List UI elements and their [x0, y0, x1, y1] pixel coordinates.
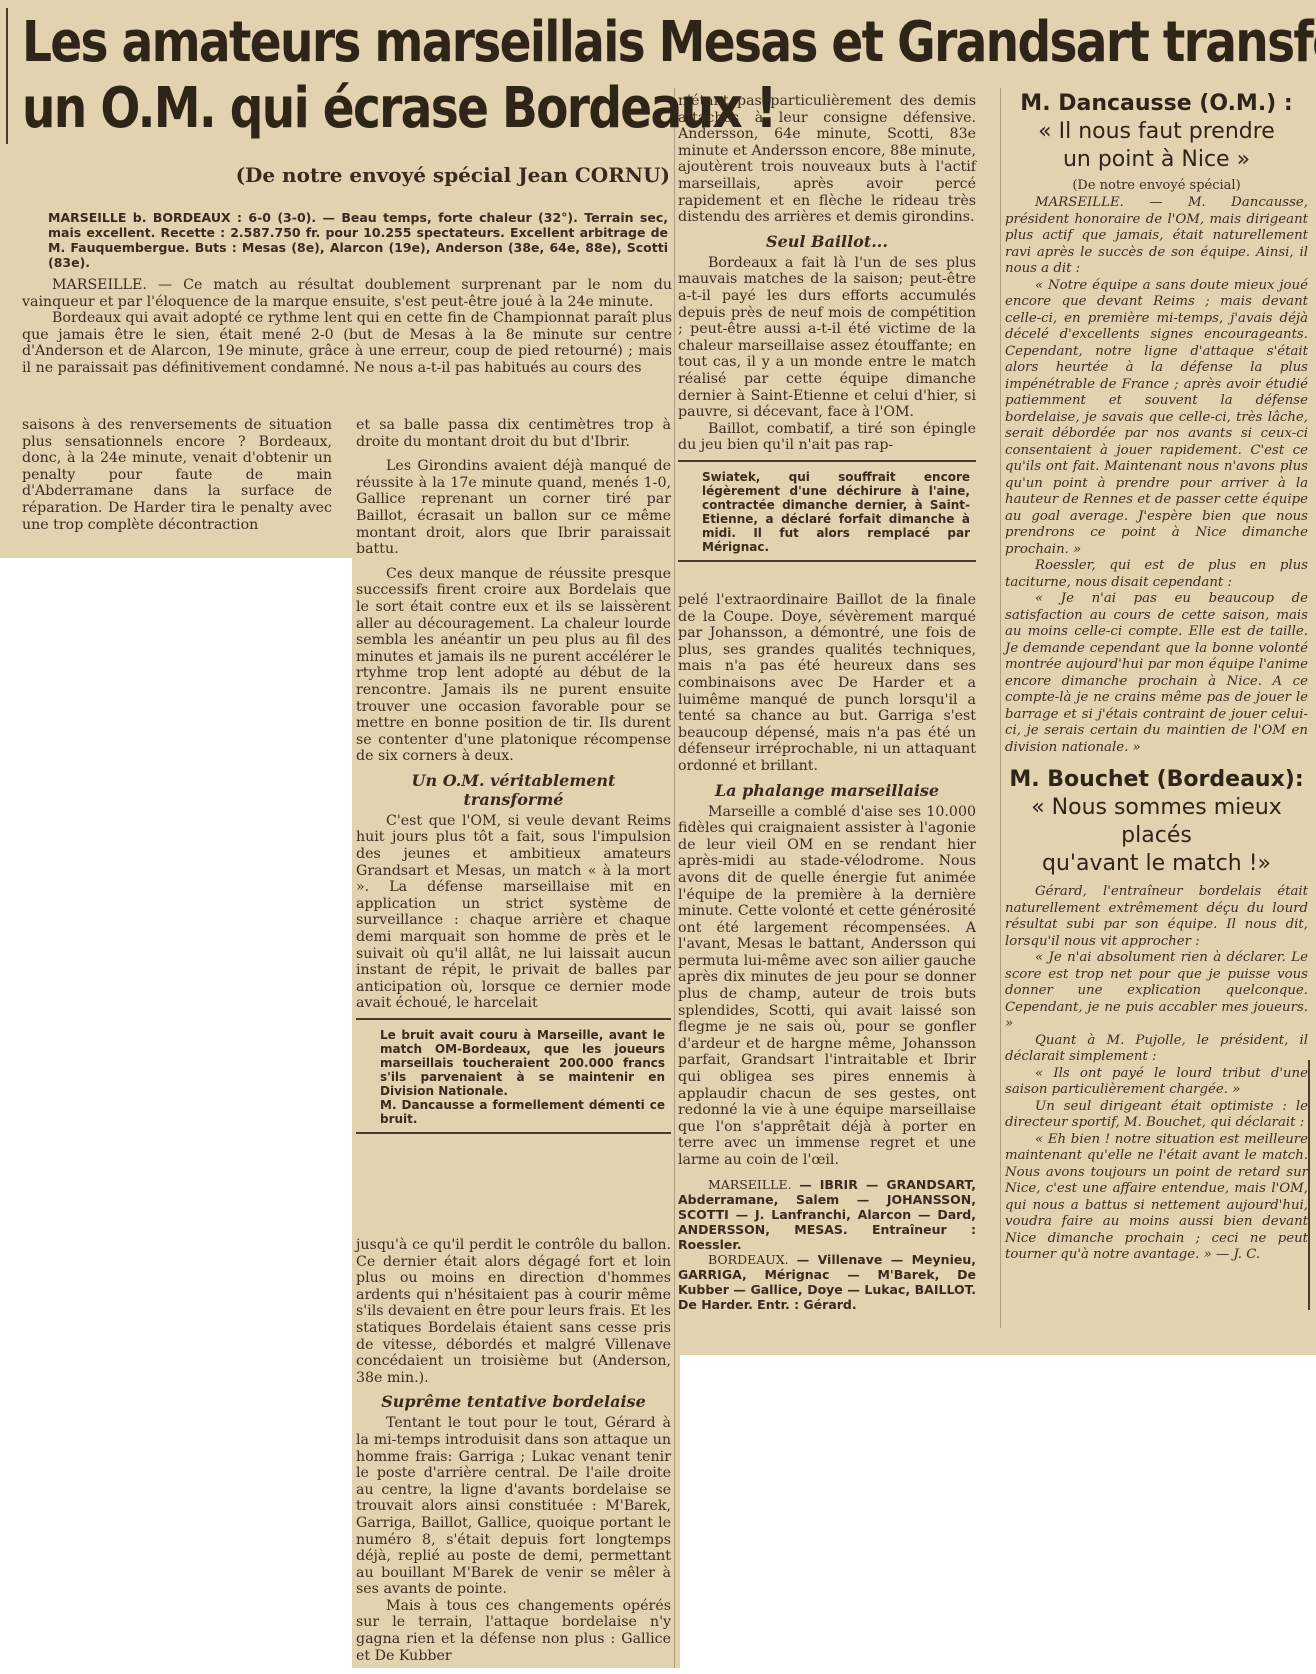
article-lead: MARSEILLE. — Ce match au résultat double… — [22, 277, 672, 377]
lineup-bordeaux: BORDEAUX. — Villenave — Meynieu, GARRIGA… — [678, 1252, 976, 1312]
lead-paragraph: MARSEILLE. — Ce match au résultat double… — [22, 277, 672, 310]
body-paragraph: Les Girondins avaient déjà manqué de réu… — [356, 458, 671, 558]
article-column-right-continued: pelé l'extraordinaire Baillot de la fina… — [678, 592, 976, 1312]
swiatek-box: Swiatek, qui souffrait encore légèrement… — [678, 460, 976, 562]
article-column-right: n'étant pas particulièrement des demis a… — [678, 93, 976, 568]
sidebar-byline: (De notre envoyé spécial) — [1005, 178, 1308, 193]
body-paragraph: Marseille a comblé d'aise ses 10.000 fid… — [678, 804, 976, 1169]
interview-paragraph: « Eh bien ! notre situation est meilleur… — [1005, 1132, 1308, 1264]
column-rule — [6, 8, 8, 144]
lead-paragraph: Bordeaux qui avait adopté ce rythme lent… — [22, 310, 672, 376]
pull-quote: un point à Nice » — [1005, 146, 1308, 174]
subheading-line: Un O.M. véritablement — [412, 771, 616, 790]
rumor-denial: M. Dancausse a formellement démenti ce b… — [380, 1098, 665, 1126]
article-column-left: saisons à des renversements de situation… — [22, 417, 332, 533]
headline-line-1: Les amateurs marseillais Mesas et Grands… — [22, 10, 1316, 75]
body-paragraph: jusqu'à ce qu'il perdit le contrôle du b… — [356, 1237, 671, 1386]
article-column-middle-continued: jusqu'à ce qu'il perdit le contrôle du b… — [356, 1237, 671, 1664]
interview-paragraph: Gérard, l'entraîneur bordelais était nat… — [1005, 884, 1308, 950]
interview-paragraph: « Ils ont payé le lourd tribut d'une sai… — [1005, 1066, 1308, 1099]
interview-paragraph: « Je n'ai absolument rien à déclarer. Le… — [1005, 950, 1308, 1033]
body-paragraph: pelé l'extraordinaire Baillot de la fina… — [678, 592, 976, 775]
body-paragraph: Baillot, combatif, a tiré son épingle du… — [678, 421, 976, 454]
lineup-team-label: BORDEAUX. — [708, 1252, 789, 1267]
rumor-box: Le bruit avait couru à Marseille, avant … — [356, 1018, 671, 1134]
interview-paragraph: « Notre équipe a sans doute mieux joué e… — [1005, 278, 1308, 559]
body-paragraph: Ces deux manque de réussite presque succ… — [356, 566, 671, 765]
column-rule — [674, 88, 675, 1668]
pull-quote: « Nous sommes mieux — [1005, 794, 1308, 822]
body-paragraph: Bordeaux a fait là l'un de ses plus mauv… — [678, 255, 976, 421]
column-rule — [1308, 1060, 1310, 1310]
lineup-team-label: MARSEILLE. — [708, 1177, 792, 1192]
article-byline: (De notre envoyé spécial Jean CORNU) — [200, 163, 670, 187]
pull-quote: « Il nous faut prendre — [1005, 118, 1308, 146]
interviewee-name: M. Dancausse (O.M.) : — [1005, 90, 1308, 118]
body-paragraph: Mais à tous ces changements opérés sur l… — [356, 1598, 671, 1664]
match-summary: MARSEILLE b. BORDEAUX : 6-0 (3-0). — Bea… — [48, 210, 668, 270]
article-column-middle: et sa balle passa dix centimètres trop à… — [356, 417, 671, 1140]
body-paragraph: n'étant pas particulièrement des demis a… — [678, 93, 976, 226]
pull-quote: placés — [1005, 822, 1308, 850]
interview-paragraph: MARSEILLE. — M. Dancausse, président hon… — [1005, 195, 1308, 278]
subheading-om-transforme: Un O.M. véritablement transformé — [356, 771, 671, 809]
subheading-seul-baillot: Seul Baillot... — [678, 232, 976, 251]
interview-paragraph: Roessler, qui est de plus en plus tacitu… — [1005, 558, 1308, 591]
column-rule — [1000, 88, 1001, 1328]
subheading-phalange: La phalange marseillaise — [678, 781, 976, 800]
body-paragraph: C'est que l'OM, si veule devant Reims hu… — [356, 813, 671, 1012]
interview-paragraph: Quant à M. Pujolle, le président, il déc… — [1005, 1033, 1308, 1066]
interview-paragraph: Un seul dirigeant était optimiste : le d… — [1005, 1099, 1308, 1132]
interview-paragraph: « Je n'ai pas eu beaucoup de satisfactio… — [1005, 591, 1308, 756]
lineup-marseille: MARSEILLE. — IBRIR — GRANDSART, Abderram… — [678, 1177, 976, 1252]
sidebar-interviews: M. Dancausse (O.M.) : « Il nous faut pre… — [1005, 90, 1308, 1264]
subheading-line: transformé — [464, 790, 564, 809]
body-paragraph: saisons à des renversements de situation… — [22, 417, 332, 533]
rumor-text: Le bruit avait couru à Marseille, avant … — [380, 1028, 665, 1098]
sidebar-title-dancausse: M. Dancausse (O.M.) : « Il nous faut pre… — [1005, 90, 1308, 174]
interviewee-name: M. Bouchet (Bordeaux): — [1005, 766, 1308, 794]
body-paragraph: et sa balle passa dix centimètres trop à… — [356, 417, 671, 450]
sidebar-title-bouchet: M. Bouchet (Bordeaux): « Nous sommes mie… — [1005, 766, 1308, 878]
subheading-supreme-tentative: Suprême tentative bordelaise — [356, 1392, 671, 1411]
body-paragraph: Tentant le tout pour le tout, Gérard à l… — [356, 1415, 671, 1598]
team-lineups: MARSEILLE. — IBRIR — GRANDSART, Abderram… — [678, 1177, 976, 1312]
pull-quote: qu'avant le match !» — [1005, 850, 1308, 878]
